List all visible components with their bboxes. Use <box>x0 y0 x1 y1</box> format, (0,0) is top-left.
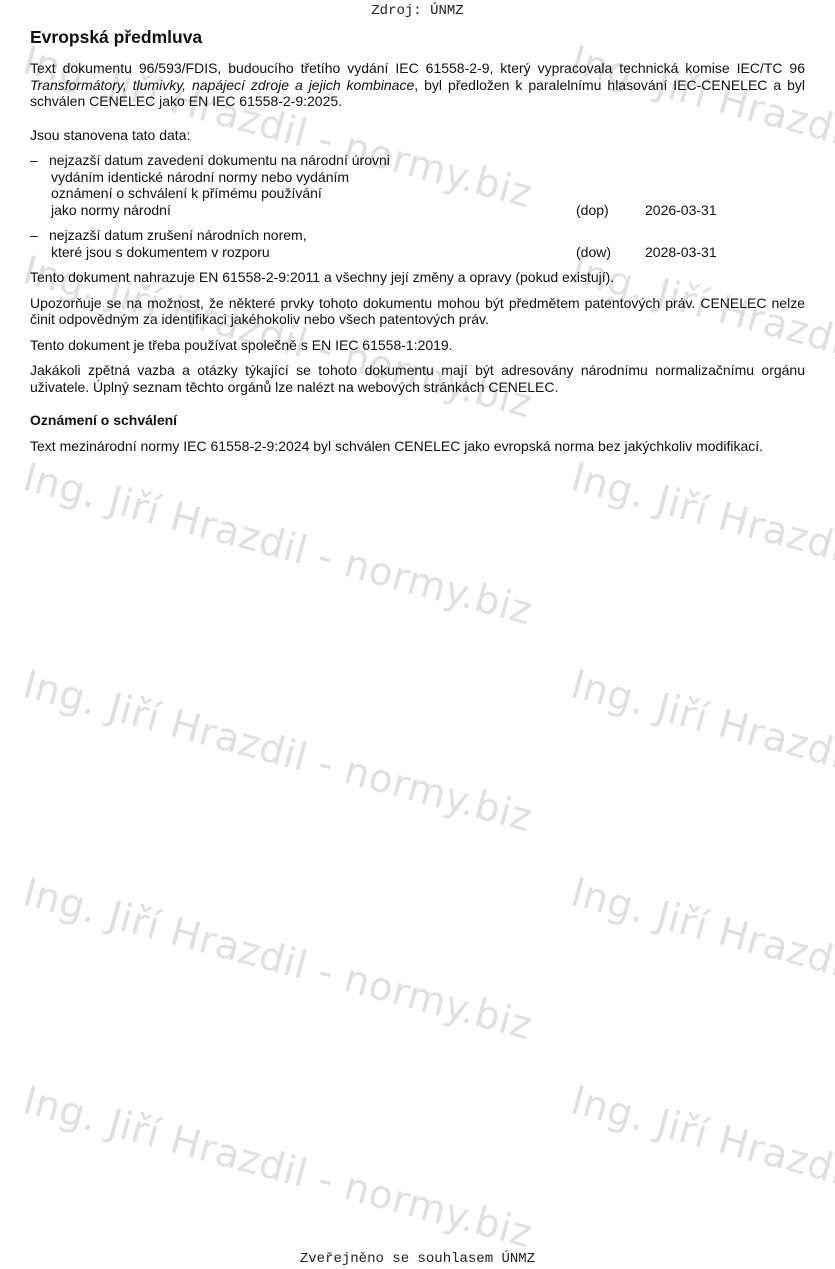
date-item-dop: – nejzazší datum zavedení dokumentu na n… <box>30 152 805 218</box>
published-footer: Zveřejněno se souhlasem ÚNMZ <box>0 1251 835 1267</box>
use-with-paragraph: Tento dokument je třeba používat společn… <box>30 337 805 354</box>
date-abbreviation: (dow) <box>576 244 616 261</box>
list-dash: – <box>30 152 38 169</box>
dates-intro: Jsou stanovena tato data: <box>30 127 805 144</box>
feedback-paragraph: Jakákoli zpětná vazba a otázky týkající … <box>30 362 805 395</box>
watermark-text: Ing. Jiří Hrazdil - normy.biz <box>566 1078 835 1257</box>
watermark-text: Ing. Jiří Hrazdil - normy.biz <box>566 455 835 634</box>
date-item-line: nejzazší datum zavedení dokumentu na nár… <box>49 152 805 169</box>
watermark-text: Ing. Jiří Hrazdil - normy.biz <box>18 455 537 634</box>
date-abbreviation: (dop) <box>576 202 616 219</box>
supersedes-paragraph: Tento dokument nahrazuje EN 61558-2-9:20… <box>30 269 805 286</box>
watermark-text: Ing. Jiří Hrazdil - normy.biz <box>18 662 537 841</box>
watermark-text: Ing. Jiří Hrazdil - normy.biz <box>566 870 835 1049</box>
page-title: Evropská předmluva <box>30 26 805 48</box>
document-content: Evropská předmluva Text dokumentu 96/593… <box>30 26 805 454</box>
date-item-line: vydáním identické národní normy nebo vyd… <box>49 169 805 186</box>
date-item-line: oznámení o schválení k přímému používání <box>49 185 805 202</box>
list-dash: – <box>30 227 38 244</box>
watermark-text: Ing. Jiří Hrazdil - normy.biz <box>18 870 537 1049</box>
date-item-dow: – nejzazší datum zrušení národních norem… <box>30 227 805 260</box>
date-value: 2028-03-31 <box>645 244 717 261</box>
endorsement-text: Text mezinárodní normy IEC 61558-2-9:202… <box>30 438 805 455</box>
document-page: Zdroj: ÚNMZ Ing. Jiří Hrazdil - normy.bi… <box>0 0 835 1269</box>
watermark-text: Ing. Jiří Hrazdil - normy.biz <box>566 662 835 841</box>
intro-text-1: Text dokumentu 96/593/FDIS, budoucího tř… <box>30 60 805 76</box>
dates-list: – nejzazší datum zavedení dokumentu na n… <box>30 152 805 260</box>
date-value: 2026-03-31 <box>645 202 717 219</box>
watermark-text: Ing. Jiří Hrazdil - normy.biz <box>18 1078 537 1257</box>
patent-paragraph: Upozorňuje se na možnost, že některé prv… <box>30 295 805 328</box>
date-item-line: nejzazší datum zrušení národních norem, <box>49 227 805 244</box>
intro-paragraph: Text dokumentu 96/593/FDIS, budoucího tř… <box>30 60 805 110</box>
intro-committee-title: Transformátory, tlumivky, napájecí zdroj… <box>30 77 414 93</box>
source-header: Zdroj: ÚNMZ <box>0 3 835 19</box>
endorsement-heading: Oznámení o schválení <box>30 412 805 429</box>
